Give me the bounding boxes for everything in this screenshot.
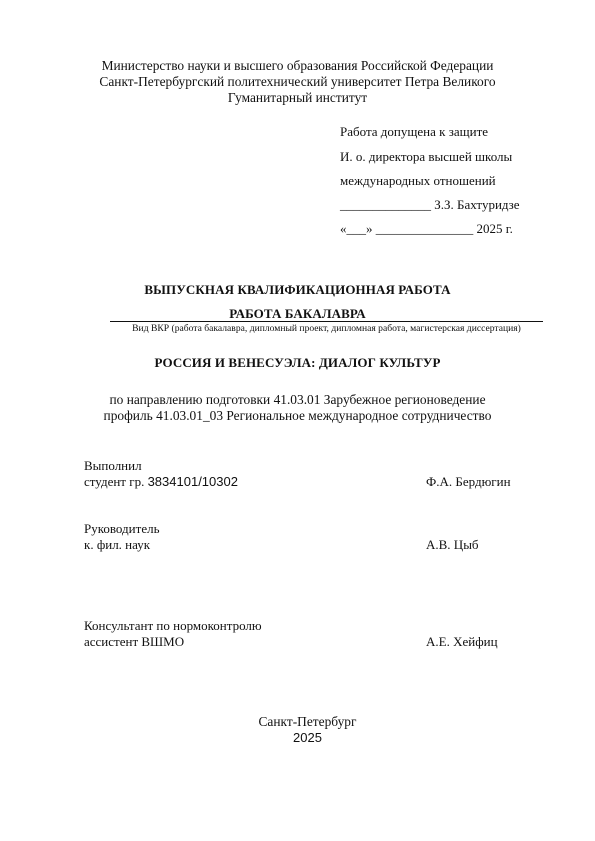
approval-date-line: «___» _______________ 2025 г. (340, 221, 513, 237)
document-kind-title: ВЫПУСКНАЯ КВАЛИФИКАЦИОННАЯ РАБОТА (0, 282, 595, 298)
work-type-hint: Вид ВКР (работа бакалавра, дипломный про… (110, 323, 543, 334)
normcontrol-position: ассистент ВШМО (84, 634, 184, 650)
study-profile: профиль 41.03.01_03 Региональное междуна… (0, 408, 595, 424)
institute-line: Гуманитарный институт (0, 90, 595, 106)
student-role: Выполнил (84, 458, 142, 474)
signature-blank: ______________ (340, 197, 431, 212)
director-name: З.З. Бахтуридзе (434, 197, 519, 212)
thesis-topic: РОССИЯ И ВЕНЕСУЭЛА: ДИАЛОГ КУЛЬТУР (0, 355, 595, 371)
approval-school: международных отношений (340, 173, 496, 189)
approval-admitted: Работа допущена к защите (340, 124, 488, 140)
student-group: 3834101/10302 (148, 474, 238, 489)
approval-signature-line: ______________ З.З. Бахтуридзе (340, 197, 520, 213)
student-position-prefix: студент гр. (84, 474, 148, 489)
study-direction: по направлению подготовки 41.03.01 Заруб… (0, 392, 595, 408)
footer-year: 2025 (10, 730, 595, 746)
supervisor-name: А.В. Цыб (426, 537, 479, 553)
ministry-line: Министерство науки и высшего образования… (0, 58, 595, 74)
student-name: Ф.А. Бердюгин (426, 474, 511, 490)
student-position: студент гр. 3834101/10302 (84, 474, 238, 490)
footer-city: Санкт-Петербург (10, 714, 595, 730)
work-type-underline (110, 321, 543, 322)
supervisor-role: Руководитель (84, 521, 160, 537)
university-line: Санкт-Петербургский политехнический унив… (0, 74, 595, 90)
work-type: РАБОТА БАКАЛАВРА (0, 306, 595, 322)
normcontrol-role: Консультант по нормоконтролю (84, 618, 262, 634)
normcontrol-name: А.Е. Хейфиц (426, 634, 498, 650)
supervisor-position: к. фил. наук (84, 537, 150, 553)
approval-director-title: И. о. директора высшей школы (340, 149, 512, 165)
